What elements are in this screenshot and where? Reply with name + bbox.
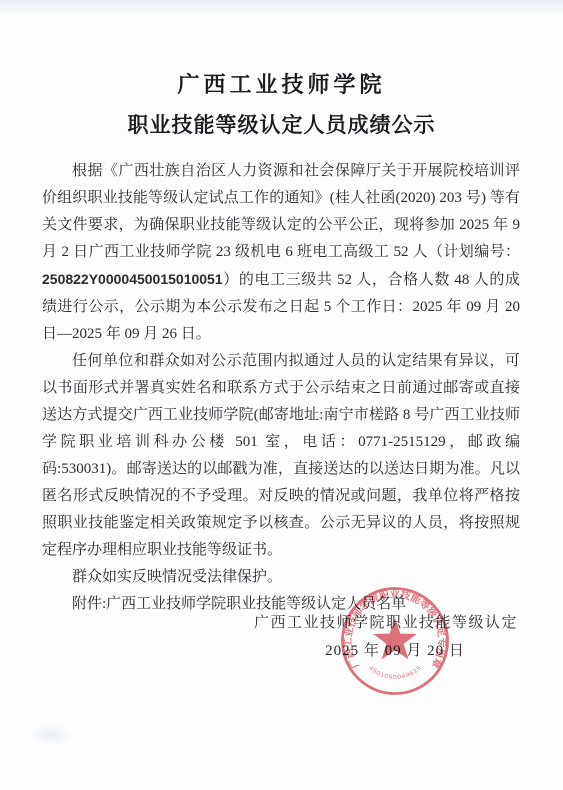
paragraph-intro: 根据《广西壮族自治区人力资源和社会保障厅关于开展院校培训评价组织职业技能等级认定…	[42, 158, 520, 348]
paragraph-intro-text-before: 根据《广西壮族自治区人力资源和社会保障厅关于开展院校培训评价组织职业技能等级认定…	[42, 163, 520, 260]
document-subtitle: 职业技能等级认定人员成绩公示	[0, 109, 563, 139]
plan-number: 250822Y0000450015010051	[42, 271, 223, 287]
issuer-signature: 广西工业技师学院职业技能等级认定	[254, 611, 518, 632]
paragraph-objection-procedure: 任何单位和群众如对公示范围内拟通过人员的认定结果有异议，可以书面形式并署真实姓名…	[42, 348, 520, 564]
paragraph-legal-protection: 群众如实反映情况受法律保护。	[42, 564, 520, 591]
document-title: 广西工业技师学院	[0, 68, 563, 99]
document-page: 广西工业技师学院 职业技能等级认定人员成绩公示 根据《广西壮族自治区人力资源和社…	[0, 0, 563, 790]
signature-date: 2025 年 09 月 20 日	[285, 639, 505, 660]
seal-serial-number: 4501050049615	[367, 665, 423, 681]
document-body: 根据《广西壮族自治区人力资源和社会保障厅关于开展院校培训评价组织职业技能等级认定…	[42, 158, 520, 618]
seal-serial-holder: 4501050049615	[367, 665, 423, 681]
